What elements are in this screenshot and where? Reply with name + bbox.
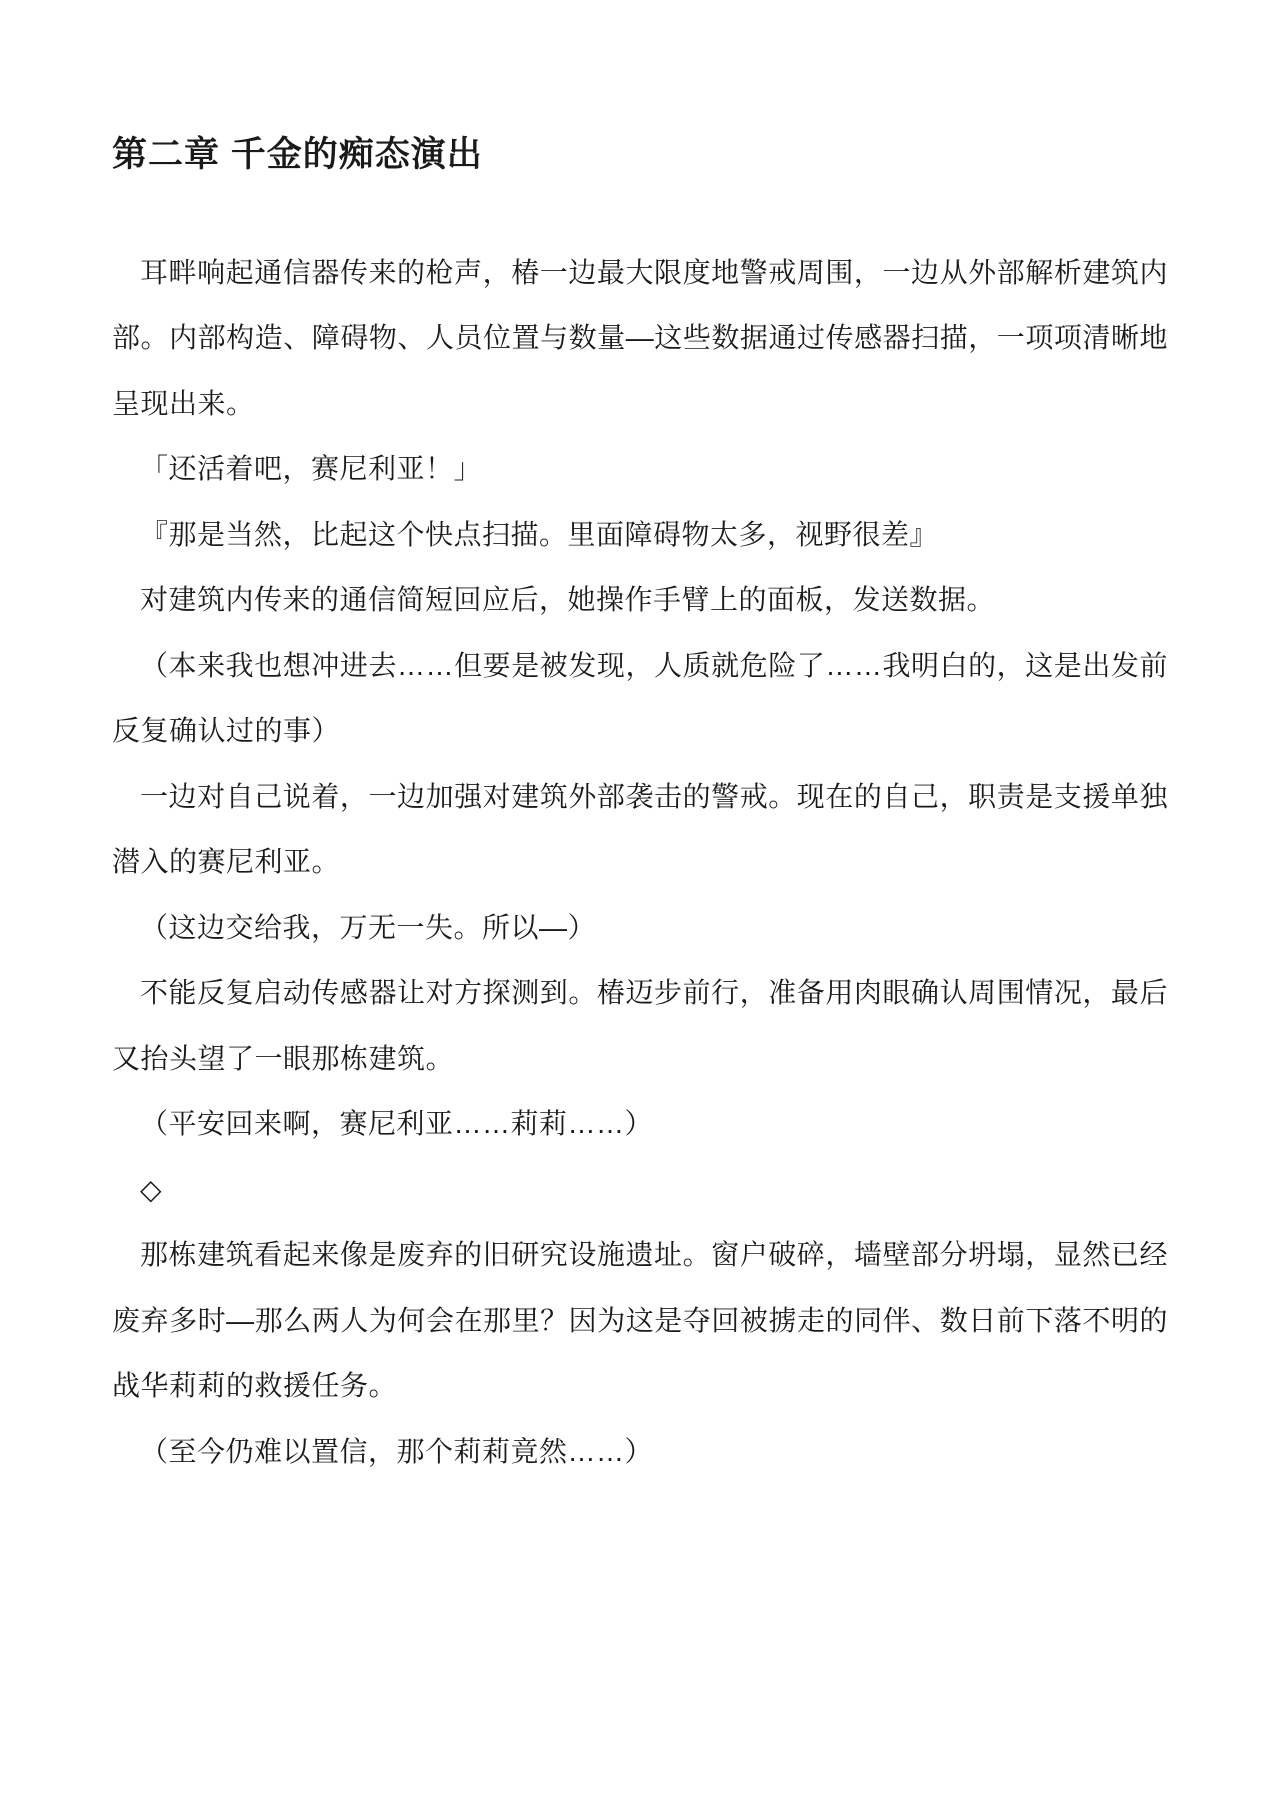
- paragraph-inner-thought: （本来我也想冲进去……但要是被发现，人质就危险了……我明白的，这是出发前反复确认…: [112, 633, 1168, 764]
- paragraph-narration: 不能反复启动传感器让对方探测到。椿迈步前行，准备用肉眼确认周围情况，最后又抬头望…: [112, 960, 1168, 1091]
- paragraph-dialogue: 「还活着吧，赛尼利亚！」: [112, 436, 1168, 502]
- chapter-body: 耳畔响起通信器传来的枪声，椿一边最大限度地警戒周围，一边从外部解析建筑内部。内部…: [112, 240, 1168, 1485]
- paragraph-dialogue: 『那是当然，比起这个快点扫描。里面障碍物太多，视野很差』: [112, 502, 1168, 568]
- paragraph-narration: 对建筑内传来的通信简短回应后，她操作手臂上的面板，发送数据。: [112, 567, 1168, 633]
- chapter-title: 第二章 千金的痴态演出: [112, 132, 1168, 178]
- paragraph-narration: 耳畔响起通信器传来的枪声，椿一边最大限度地警戒周围，一边从外部解析建筑内部。内部…: [112, 240, 1168, 437]
- paragraph-inner-thought: （至今仍难以置信，那个莉莉竟然……）: [112, 1419, 1168, 1485]
- paragraph-inner-thought: （平安回来啊，赛尼利亚……莉莉……）: [112, 1091, 1168, 1157]
- paragraph-narration: 那栋建筑看起来像是废弃的旧研究设施遗址。窗户破碎，墙壁部分坍塌，显然已经废弃多时…: [112, 1222, 1168, 1419]
- document-page: 第二章 千金的痴态演出 耳畔响起通信器传来的枪声，椿一边最大限度地警戒周围，一边…: [0, 0, 1280, 1810]
- paragraph-narration: 一边对自己说着，一边加强对建筑外部袭击的警戒。现在的自己，职责是支援单独潜入的赛…: [112, 764, 1168, 895]
- section-divider: ◇: [112, 1157, 1168, 1223]
- paragraph-inner-thought: （这边交给我，万无一失。所以—）: [112, 895, 1168, 961]
